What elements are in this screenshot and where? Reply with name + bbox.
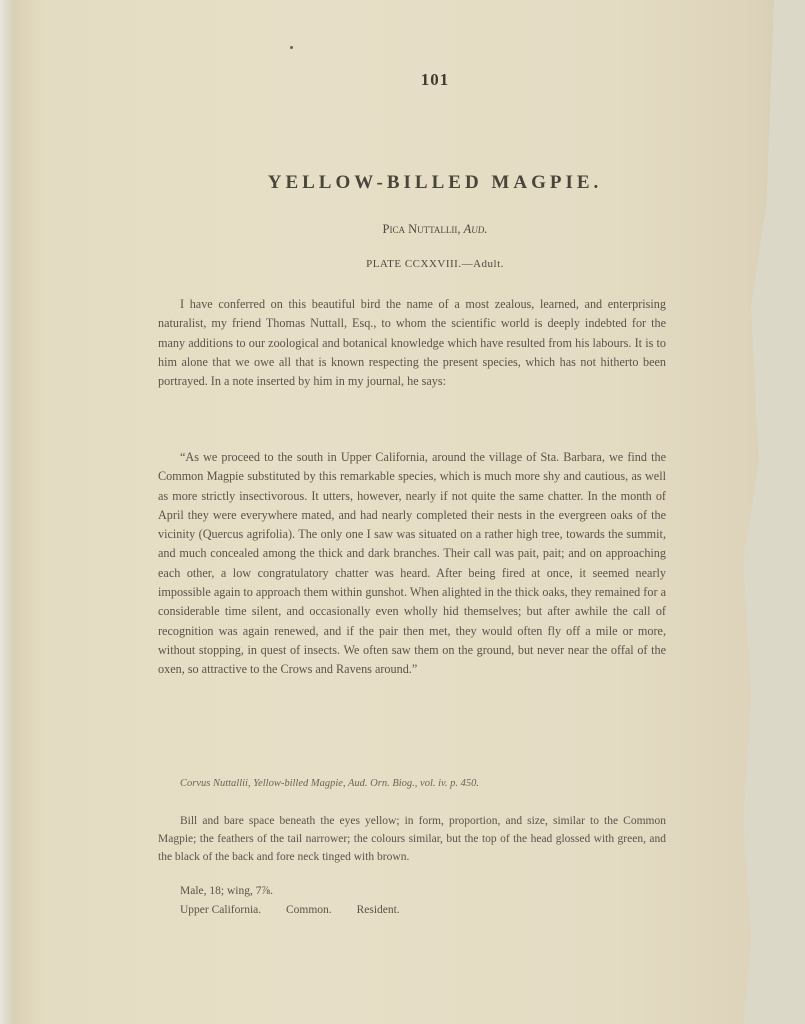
ink-speck [290,46,293,49]
page-title: YELLOW-BILLED MAGPIE. [0,172,805,194]
species-name: Pica Nuttallii, Aud. [0,222,805,237]
measurements: Male, 18; wing, 7⅞. [180,885,273,897]
nuttall-quote-paragraph: “As we proceed to the south in Upper Cal… [158,448,666,680]
description-paragraph: Bill and bare space beneath the eyes yel… [158,812,666,866]
page-number: 101 [0,70,805,90]
range-line: Upper California. Common. Resident. [180,904,422,916]
synonymy-citation: Corvus Nuttallii, Yellow-billed Magpie, … [180,778,660,789]
book-binding-edge [0,0,14,1024]
range-status: Resident. [357,904,400,916]
range-abundance: Common. [286,904,332,916]
intro-paragraph: I have conferred on this beautiful bird … [158,295,666,391]
species-binomial: Pica Nuttallii, [383,222,461,236]
range-location: Upper California. [180,904,261,916]
species-authority: Aud. [464,222,488,236]
plate-reference: PLATE CCXXVIII.—Adult. [0,258,805,270]
